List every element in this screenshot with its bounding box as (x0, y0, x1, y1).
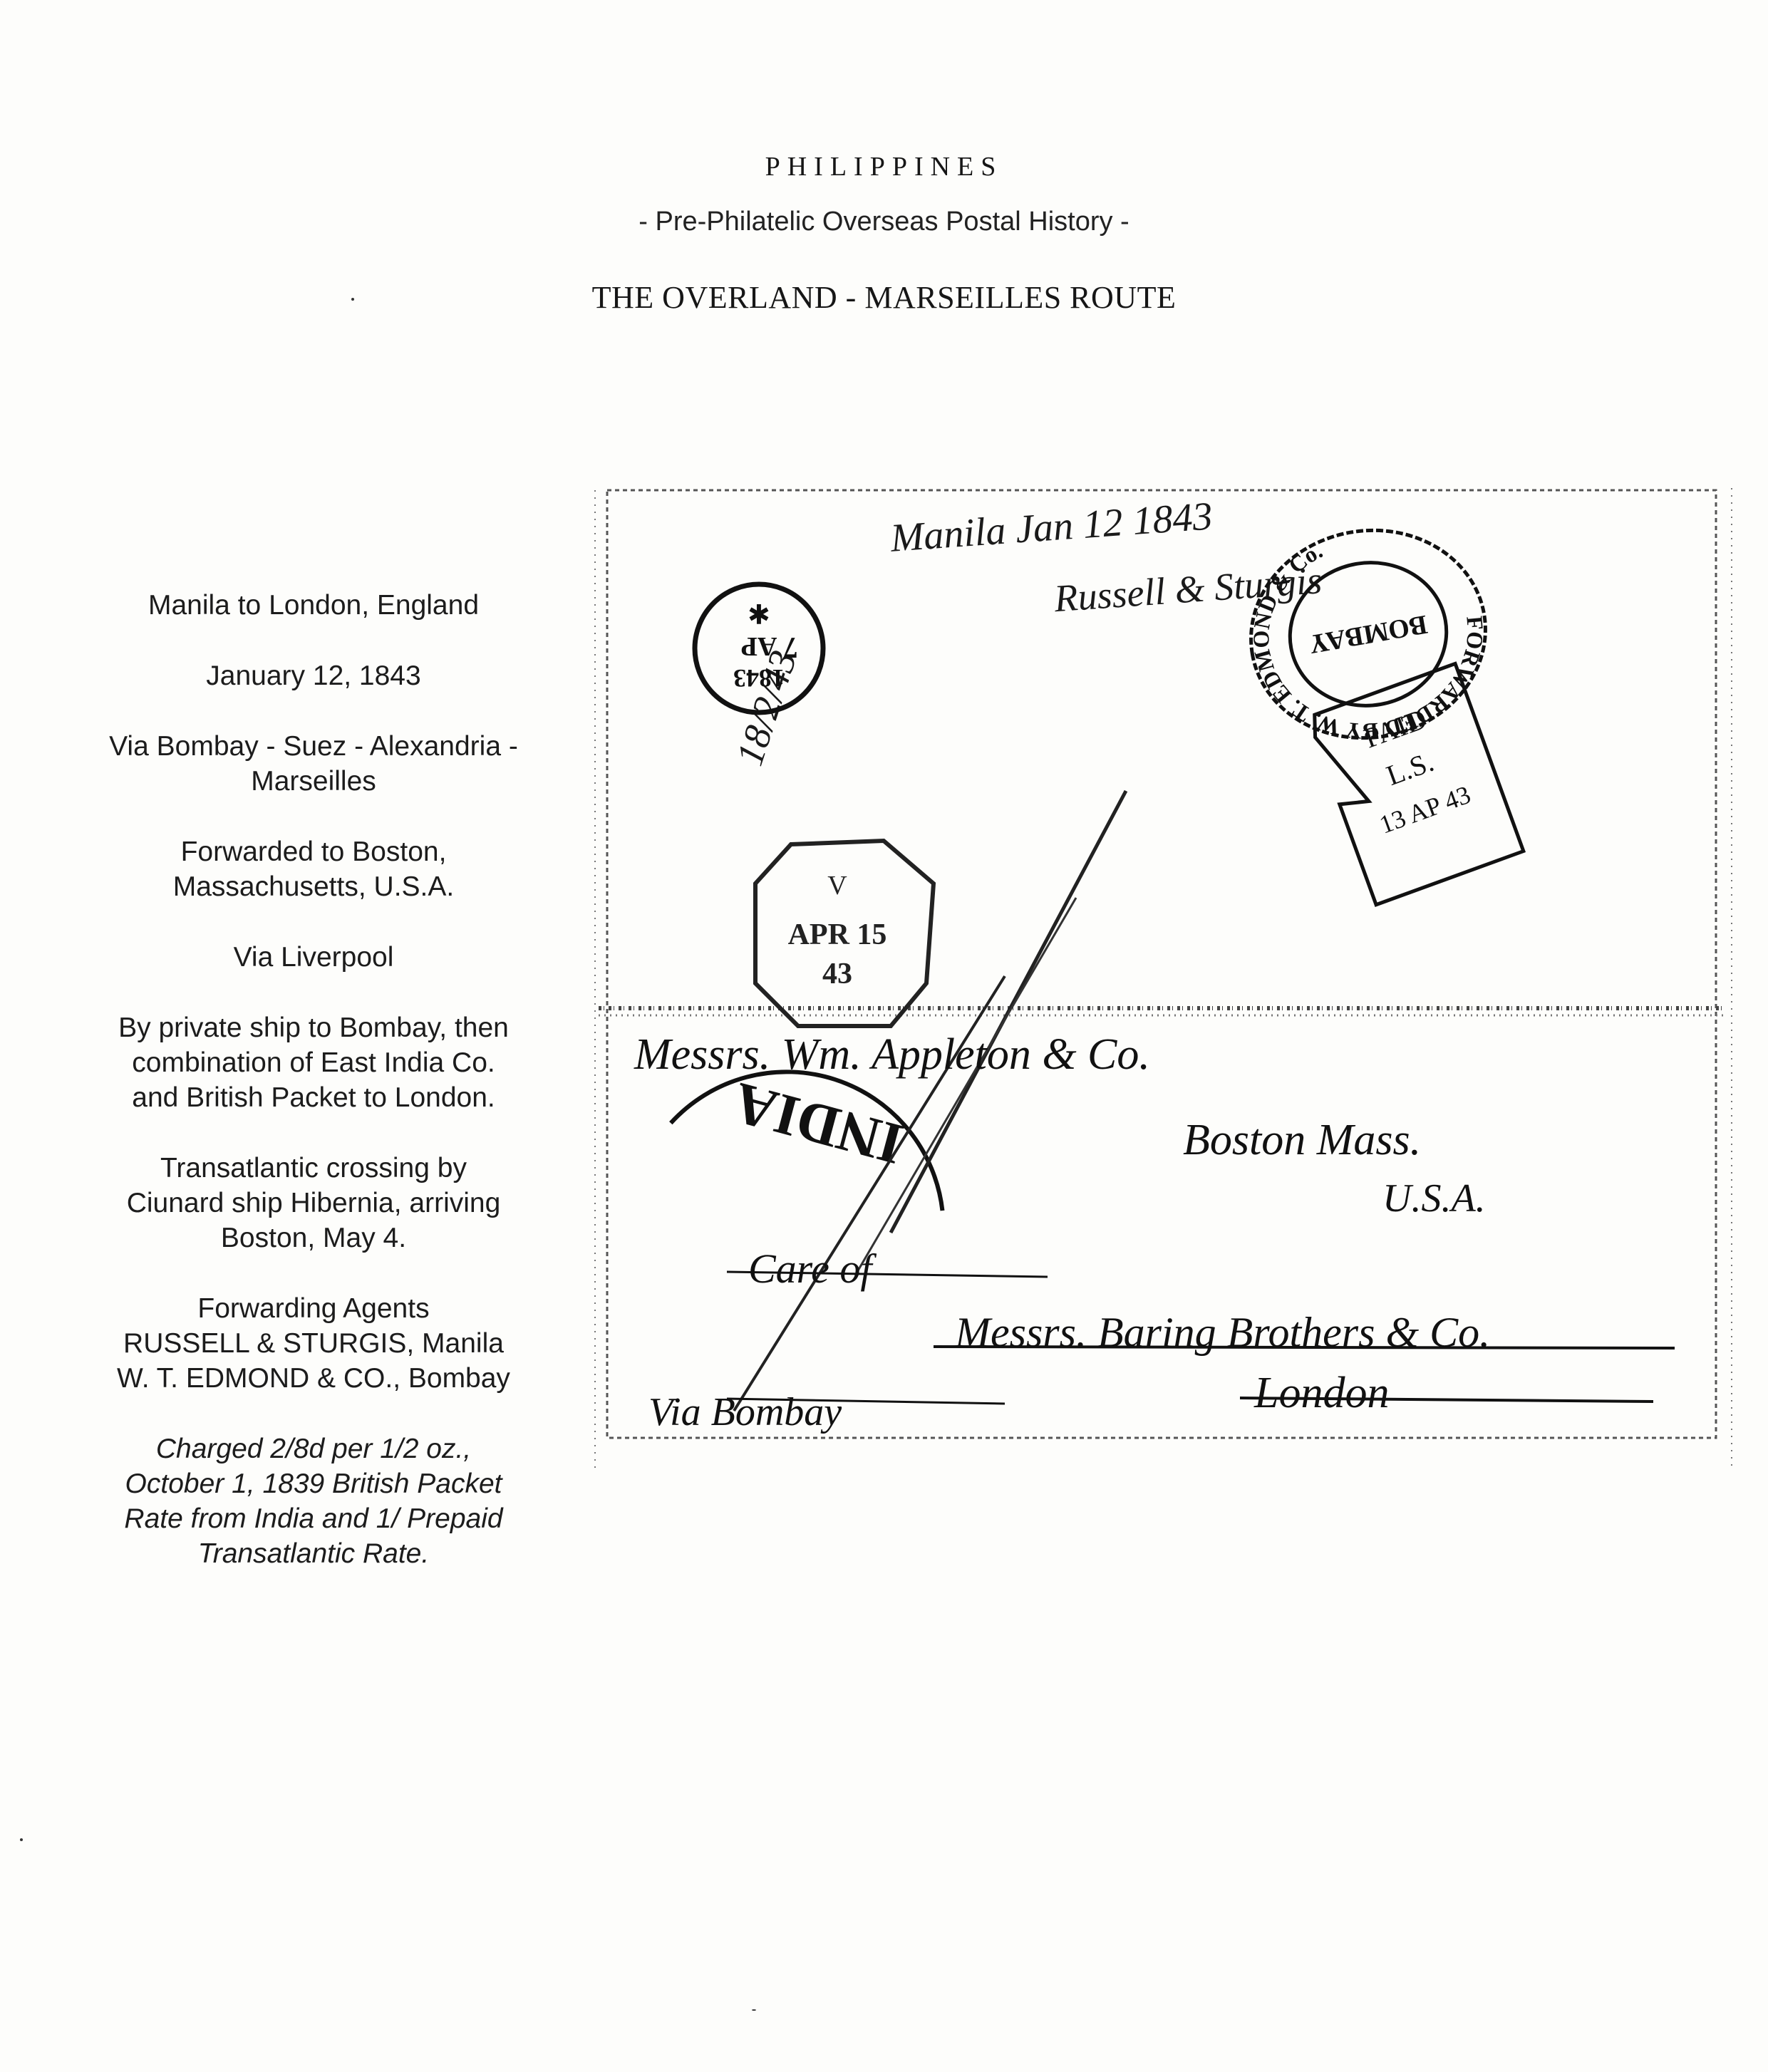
via-port-text: Via Liverpool (50, 940, 577, 975)
agents-text: Forwarding Agents RUSSELL & STURGIS, Man… (50, 1291, 577, 1396)
transport-text: By private ship to Bombay, then combinat… (50, 1010, 577, 1115)
svg-text:✱: ✱ (748, 598, 770, 628)
svg-text:BOMBAY: BOMBAY (1307, 609, 1430, 659)
svg-text:APR 15: APR 15 (788, 918, 887, 951)
description-column: Manila to London, England January 12, 18… (50, 588, 577, 1607)
transatlantic-text: Transatlantic crossing by Ciunard ship H… (50, 1151, 577, 1255)
page-title: THE OVERLAND - MARSEILLES ROUTE (0, 279, 1768, 316)
exhibit-page: PHILIPPINES - Pre-Philatelic Overseas Po… (0, 0, 1768, 2072)
scan-speck (20, 1838, 23, 1841)
postal-cover-image: Manila Jan 12 1843 Russell & Sturgis 18/… (584, 485, 1739, 1468)
svg-text:1843: 1843 (733, 664, 785, 693)
scan-speck (351, 298, 354, 301)
address-line-2: Boston Mass. (1183, 1116, 1421, 1164)
care-of: Care of (748, 1245, 877, 1292)
svg-text:7: 7 (783, 631, 798, 663)
svg-text:INDIA: INDIA (727, 1070, 910, 1177)
date-text: January 12, 1843 (50, 658, 577, 693)
via-text: Via Bombay - Suez - Alexandria - Marseil… (50, 729, 577, 799)
forwarded-text: Forwarded to Boston, Massachusetts, U.S.… (50, 834, 577, 904)
manuscript-origin: Manila Jan 12 1843 (889, 494, 1214, 560)
svg-text:13 AP 43: 13 AP 43 (1375, 780, 1474, 839)
svg-text:PAID: PAID (1360, 703, 1431, 755)
svg-text:V: V (827, 871, 847, 901)
route-text: Manila to London, England (50, 588, 577, 623)
rate-text: Charged 2/8d per 1/2 oz., October 1, 183… (50, 1431, 577, 1571)
address-line-1: Messrs. Wm. Appleton & Co. (634, 1030, 1150, 1079)
routing-note: Via Bombay (648, 1390, 842, 1434)
agent-city: London (1253, 1369, 1389, 1417)
address-line-3: U.S.A. (1382, 1176, 1486, 1221)
page-subtitle: - Pre-Philatelic Overseas Postal History… (0, 207, 1768, 237)
svg-text:43: 43 (822, 958, 852, 990)
svg-text:L.S.: L.S. (1382, 745, 1438, 792)
boston-octagon-stamp: V APR 15 43 (755, 841, 934, 1026)
page-country-heading: PHILIPPINES (0, 151, 1768, 182)
scan-speck (752, 2009, 756, 2011)
svg-text:AP: AP (741, 631, 777, 661)
